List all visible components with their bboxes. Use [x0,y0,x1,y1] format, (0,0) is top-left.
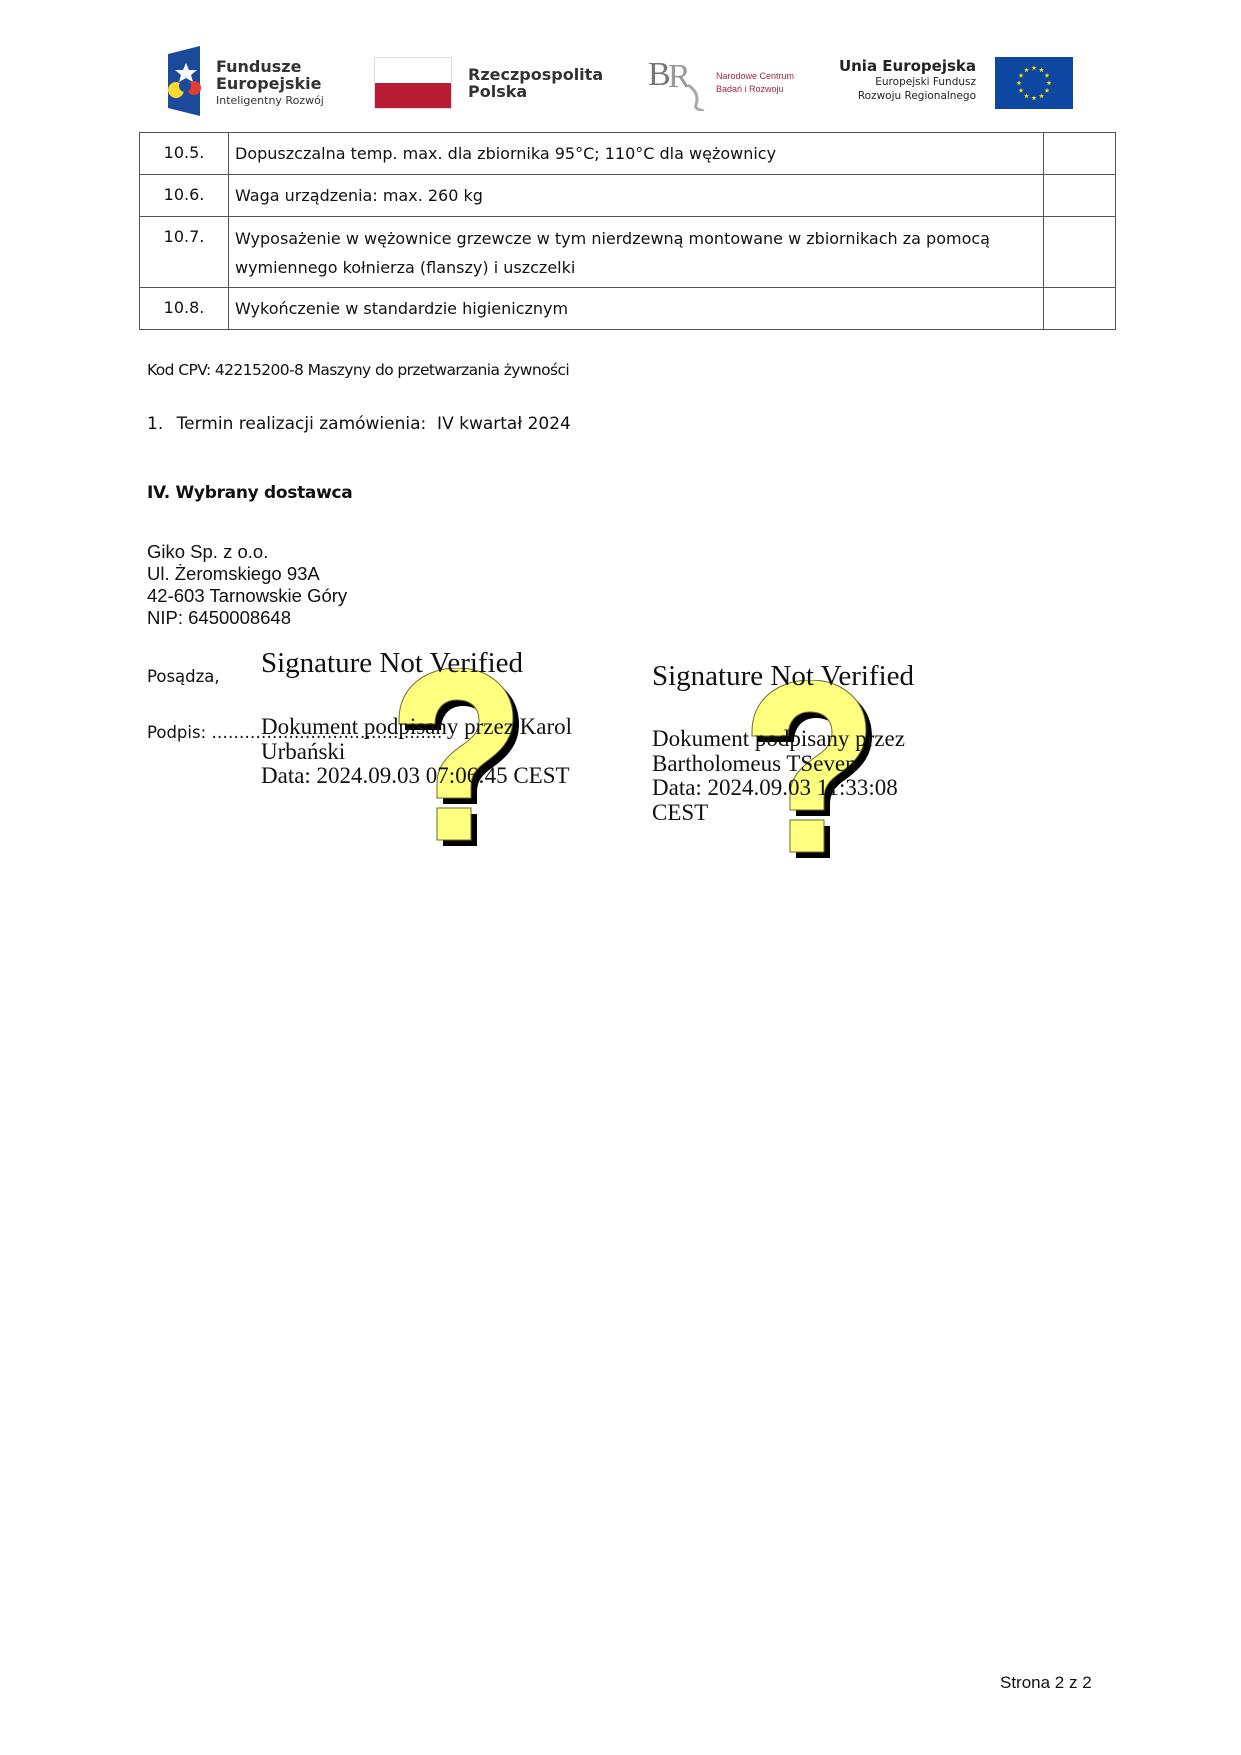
signature-signer-line-2: Bartholomeus TSeven [652,752,972,777]
ncbr-line-2: Badań i Rozwoju [716,83,794,96]
svg-text:R: R [668,58,691,95]
signature-status: Signature Not Verified [261,647,523,680]
supplier-nip: NIP: 6450008648 [147,607,347,629]
deadline-number: 1. [147,414,163,434]
cpv-code-line: Kod CPV: 42215200-8 Maszyny do przetwarz… [147,361,569,379]
ue-title: Unia Europejska [820,57,976,75]
row-check-cell [1044,217,1116,288]
ue-subtitle-line-2: Rozwoju Regionalnego [820,89,976,103]
signature-status: Signature Not Verified [652,660,914,693]
signature-details: Dokument podpisany przez Karol Urbański … [261,715,641,789]
ncbr-line-1: Narodowe Centrum [716,70,794,83]
eu-flag-icon [995,57,1073,109]
signature-block-2[interactable]: Signature Not Verified Dokument podpisan… [652,660,972,870]
rzeczpospolita-polska-logo: Rzeczpospolita Polska [374,57,614,109]
row-description-line-2: wymiennego kołnierza (flanszy) i uszczel… [235,253,1037,282]
signature-details: Dokument podpisany przez Bartholomeus TS… [652,727,972,825]
row-description: Wyposażenie w wężownice grzewcze w tym n… [229,217,1044,288]
signature-signer-line-1: Dokument podpisany przez [652,727,972,752]
row-description: Waga urządzenia: max. 260 kg [229,175,1044,217]
unia-europejska-logo: Unia Europejska Europejski Fundusz Rozwo… [820,57,1076,111]
header-logos: Fundusze Europejskie Inteligentny Rozwój… [0,0,1241,120]
fundusze-europejskie-icon [164,46,204,116]
ncbr-br-icon: B R [648,55,714,111]
place-label: Posądza, [147,667,220,686]
row-description: Dopuszczalna temp. max. dla zbiornika 95… [229,133,1044,175]
signature-date: Data: 2024.09.03 07:06:45 CEST [261,764,641,789]
row-description: Wykończenie w standardzie higienicznym [229,288,1044,330]
supplier-address: Giko Sp. z o.o. Ul. Żeromskiego 93A 42-6… [147,541,347,629]
row-number: 10.8. [140,288,229,330]
row-number: 10.6. [140,175,229,217]
ncbr-logo: B R Narodowe Centrum Badań i Rozwoju [648,55,808,111]
signature-block-1[interactable]: Signature Not Verified Dokument podpisan… [261,647,621,857]
row-number: 10.5. [140,133,229,175]
row-check-cell [1044,175,1116,217]
row-check-cell [1044,288,1116,330]
rp-title-line-1: Rzeczpospolita [468,66,603,83]
fundusze-europejskie-logo: Fundusze Europejskie Inteligentny Rozwój [164,46,344,116]
deadline-text: Termin realizacji zamówienia: IV kwartał… [177,414,571,434]
table-row: 10.8. Wykończenie w standardzie higienic… [140,288,1116,330]
row-description-line-1: Wyposażenie w wężownice grzewcze w tym n… [235,224,1037,253]
row-number: 10.7. [140,217,229,288]
fe-title-line-2: Europejskie [216,75,322,92]
signature-signer-line-2: Urbański [261,740,641,765]
signature-signer-line-1: Dokument podpisany przez Karol [261,715,641,740]
deadline-item: 1. Termin realizacji zamówienia: IV kwar… [147,414,571,434]
signature-timezone: CEST [652,801,972,826]
polish-flag-icon [374,57,452,109]
table-row: 10.5. Dopuszczalna temp. max. dla zbiorn… [140,133,1116,175]
supplier-city: 42-603 Tarnowskie Góry [147,585,347,607]
row-check-cell [1044,133,1116,175]
supplier-name: Giko Sp. z o.o. [147,541,347,563]
spec-table: 10.5. Dopuszczalna temp. max. dla zbiorn… [139,132,1116,330]
ue-subtitle-line-1: Europejski Fundusz [820,75,976,89]
table-row: 10.6. Waga urządzenia: max. 260 kg [140,175,1116,217]
rp-title-line-2: Polska [468,83,603,100]
fe-title-line-1: Fundusze [216,58,322,75]
table-row: 10.7. Wyposażenie w wężownice grzewcze w… [140,217,1116,288]
supplier-street: Ul. Żeromskiego 93A [147,563,347,585]
signature-date: Data: 2024.09.03 11:33:08 [652,776,972,801]
fe-subtitle: Inteligentny Rozwój [216,94,324,108]
section-heading: IV. Wybrany dostawca [147,483,352,503]
page-number: Strona 2 z 2 [1000,1673,1092,1693]
